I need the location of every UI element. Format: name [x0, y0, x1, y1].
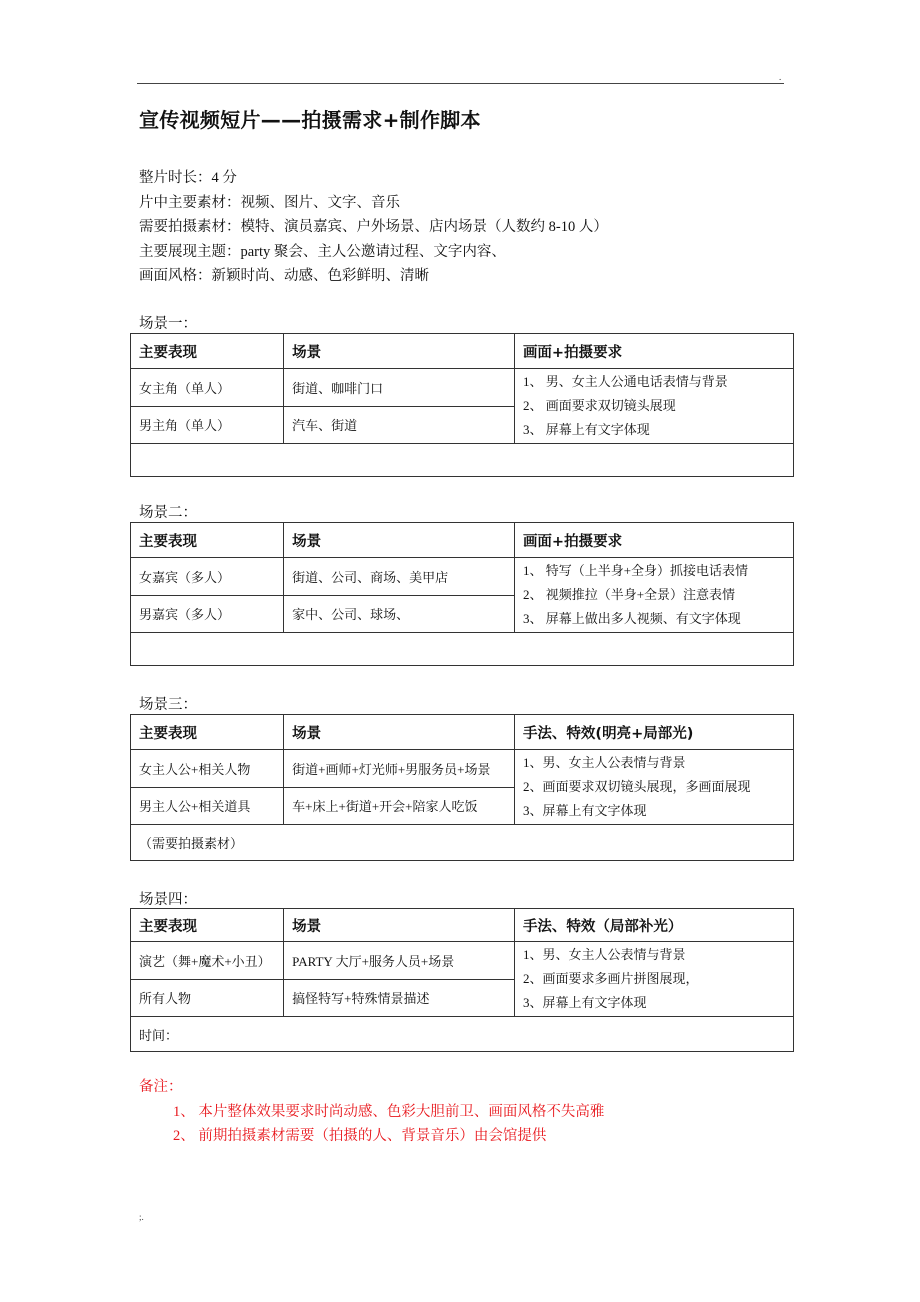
meta-theme: 主要展现主题：party 聚会、主人公邀请过程、文字内容、: [139, 240, 608, 265]
table-footer-row: [131, 444, 794, 477]
cell-scene: 街道、咖啡门口: [284, 369, 515, 407]
meta-style: 画面风格：新颖时尚、动感、色彩鲜明、清晰: [139, 264, 608, 289]
header-scene: 场景: [284, 715, 515, 750]
cell-scene: 街道、公司、商场、美甲店: [284, 558, 515, 596]
requirement-item: 2、 画面要求双切镜头展现: [523, 394, 785, 418]
notes-label: 备注：: [139, 1075, 604, 1100]
scene-4-table: 主要表现 场景 手法、特效（局部补光） 演艺（舞+魔术+小丑） PARTY 大厅…: [130, 908, 794, 1052]
scene-1-label: 场景一：: [139, 312, 197, 333]
cell-effects: 1、男、女主人公表情与背景 2、画面要求双切镜头展现，多画面展现 3、屏幕上有文…: [514, 750, 793, 825]
cell-scene: PARTY 大厅+服务人员+场景: [284, 942, 515, 980]
meta-duration: 整片时长：4 分: [139, 166, 608, 191]
cell-main: 所有人物: [131, 979, 284, 1017]
header-scene: 场景: [284, 523, 515, 558]
header-corner-mark: .: [779, 72, 781, 82]
notes-section: 备注： 1、 本片整体效果要求时尚动感、色彩大胆前卫、画面风格不失高雅 2、 前…: [139, 1075, 604, 1149]
scene-3-label: 场景三：: [139, 693, 197, 714]
header-rule: [137, 83, 784, 84]
effect-item: 1、男、女主人公表情与背景: [523, 751, 785, 775]
scene-2-table: 主要表现 场景 画面+拍摄要求 女嘉宾（多人） 街道、公司、商场、美甲店 1、 …: [130, 522, 794, 666]
table-row: 女主人公+相关人物 街道+画师+灯光师+男服务员+场景 1、男、女主人公表情与背…: [131, 750, 794, 788]
table-row: 女嘉宾（多人） 街道、公司、商场、美甲店 1、 特写（上半身+全身）抓接电话表情…: [131, 558, 794, 596]
table-footer-row: （需要拍摄素材）: [131, 825, 794, 861]
header-effects: 手法、特效(明亮+局部光): [514, 715, 793, 750]
requirement-item: 3、 屏幕上做出多人视频、有文字体现: [523, 607, 785, 631]
header-main: 主要表现: [131, 715, 284, 750]
cell-requirements: 1、 特写（上半身+全身）抓接电话表情 2、 视频推拉（半身+全景）注意表情 3…: [514, 558, 793, 633]
cell-scene: 车+床上+街道+开会+陪家人吃饭: [284, 787, 515, 825]
header-requirements: 画面+拍摄要求: [514, 523, 793, 558]
header-main: 主要表现: [131, 334, 284, 369]
meta-materials: 片中主要素材：视频、图片、文字、音乐: [139, 191, 608, 216]
cell-main: 女主人公+相关人物: [131, 750, 284, 788]
requirement-item: 1、 男、女主人公通电话表情与背景: [523, 370, 785, 394]
header-requirements: 画面+拍摄要求: [514, 334, 793, 369]
table-footer-row: [131, 633, 794, 666]
cell-scene: 家中、公司、球场、: [284, 595, 515, 633]
scene-3-table: 主要表现 场景 手法、特效(明亮+局部光) 女主人公+相关人物 街道+画师+灯光…: [130, 714, 794, 861]
table-footer-row: 时间：: [131, 1017, 794, 1052]
page-title: 宣传视频短片——拍摄需求+制作脚本: [139, 104, 481, 133]
table-header-row: 主要表现 场景 画面+拍摄要求: [131, 334, 794, 369]
scene-4-label: 场景四：: [139, 888, 197, 909]
header-main: 主要表现: [131, 523, 284, 558]
table-row: 演艺（舞+魔术+小丑） PARTY 大厅+服务人员+场景 1、男、女主人公表情与…: [131, 942, 794, 980]
requirement-item: 2、 视频推拉（半身+全景）注意表情: [523, 583, 785, 607]
note-item: 1、 本片整体效果要求时尚动感、色彩大胆前卫、画面风格不失高雅: [139, 1100, 604, 1125]
effect-item: 2、画面要求多画片拼图展现，: [523, 967, 785, 991]
cell-main: 男主角（单人）: [131, 406, 284, 444]
project-meta: 整片时长：4 分 片中主要素材：视频、图片、文字、音乐 需要拍摄素材：模特、演员…: [139, 166, 608, 289]
table-row: 女主角（单人） 街道、咖啡门口 1、 男、女主人公通电话表情与背景 2、 画面要…: [131, 369, 794, 407]
meta-shoot-materials: 需要拍摄素材：模特、演员嘉宾、户外场景、店内场景（人数约 8-10 人）: [139, 215, 608, 240]
table-header-row: 主要表现 场景 手法、特效（局部补光）: [131, 909, 794, 942]
effect-item: 1、男、女主人公表情与背景: [523, 943, 785, 967]
cell-footer: [131, 633, 794, 666]
cell-footer-time: 时间：: [131, 1017, 794, 1052]
requirement-item: 3、 屏幕上有文字体现: [523, 418, 785, 442]
scene-2-label: 场景二：: [139, 501, 197, 522]
cell-footer: [131, 444, 794, 477]
requirement-item: 1、 特写（上半身+全身）抓接电话表情: [523, 559, 785, 583]
header-main: 主要表现: [131, 909, 284, 942]
cell-main: 男嘉宾（多人）: [131, 595, 284, 633]
cell-main: 女主角（单人）: [131, 369, 284, 407]
cell-scene: 汽车、街道: [284, 406, 515, 444]
table-header-row: 主要表现 场景 手法、特效(明亮+局部光): [131, 715, 794, 750]
cell-scene: 搞怪特写+特殊情景描述: [284, 979, 515, 1017]
note-item: 2、 前期拍摄素材需要（拍摄的人、背景音乐）由会馆提供: [139, 1124, 604, 1149]
cell-main: 演艺（舞+魔术+小丑）: [131, 942, 284, 980]
footer-mark: ;.: [139, 1212, 144, 1222]
table-header-row: 主要表现 场景 画面+拍摄要求: [131, 523, 794, 558]
cell-requirements: 1、 男、女主人公通电话表情与背景 2、 画面要求双切镜头展现 3、 屏幕上有文…: [514, 369, 793, 444]
cell-effects: 1、男、女主人公表情与背景 2、画面要求多画片拼图展现， 3、屏幕上有文字体现: [514, 942, 793, 1017]
scene-1-table: 主要表现 场景 画面+拍摄要求 女主角（单人） 街道、咖啡门口 1、 男、女主人…: [130, 333, 794, 477]
header-scene: 场景: [284, 334, 515, 369]
header-scene: 场景: [284, 909, 515, 942]
cell-footer: （需要拍摄素材）: [131, 825, 794, 861]
header-effects: 手法、特效（局部补光）: [514, 909, 793, 942]
effect-item: 2、画面要求双切镜头展现，多画面展现: [523, 775, 785, 799]
cell-scene: 街道+画师+灯光师+男服务员+场景: [284, 750, 515, 788]
cell-main: 女嘉宾（多人）: [131, 558, 284, 596]
effect-item: 3、屏幕上有文字体现: [523, 799, 785, 823]
effect-item: 3、屏幕上有文字体现: [523, 991, 785, 1015]
cell-main: 男主人公+相关道具: [131, 787, 284, 825]
